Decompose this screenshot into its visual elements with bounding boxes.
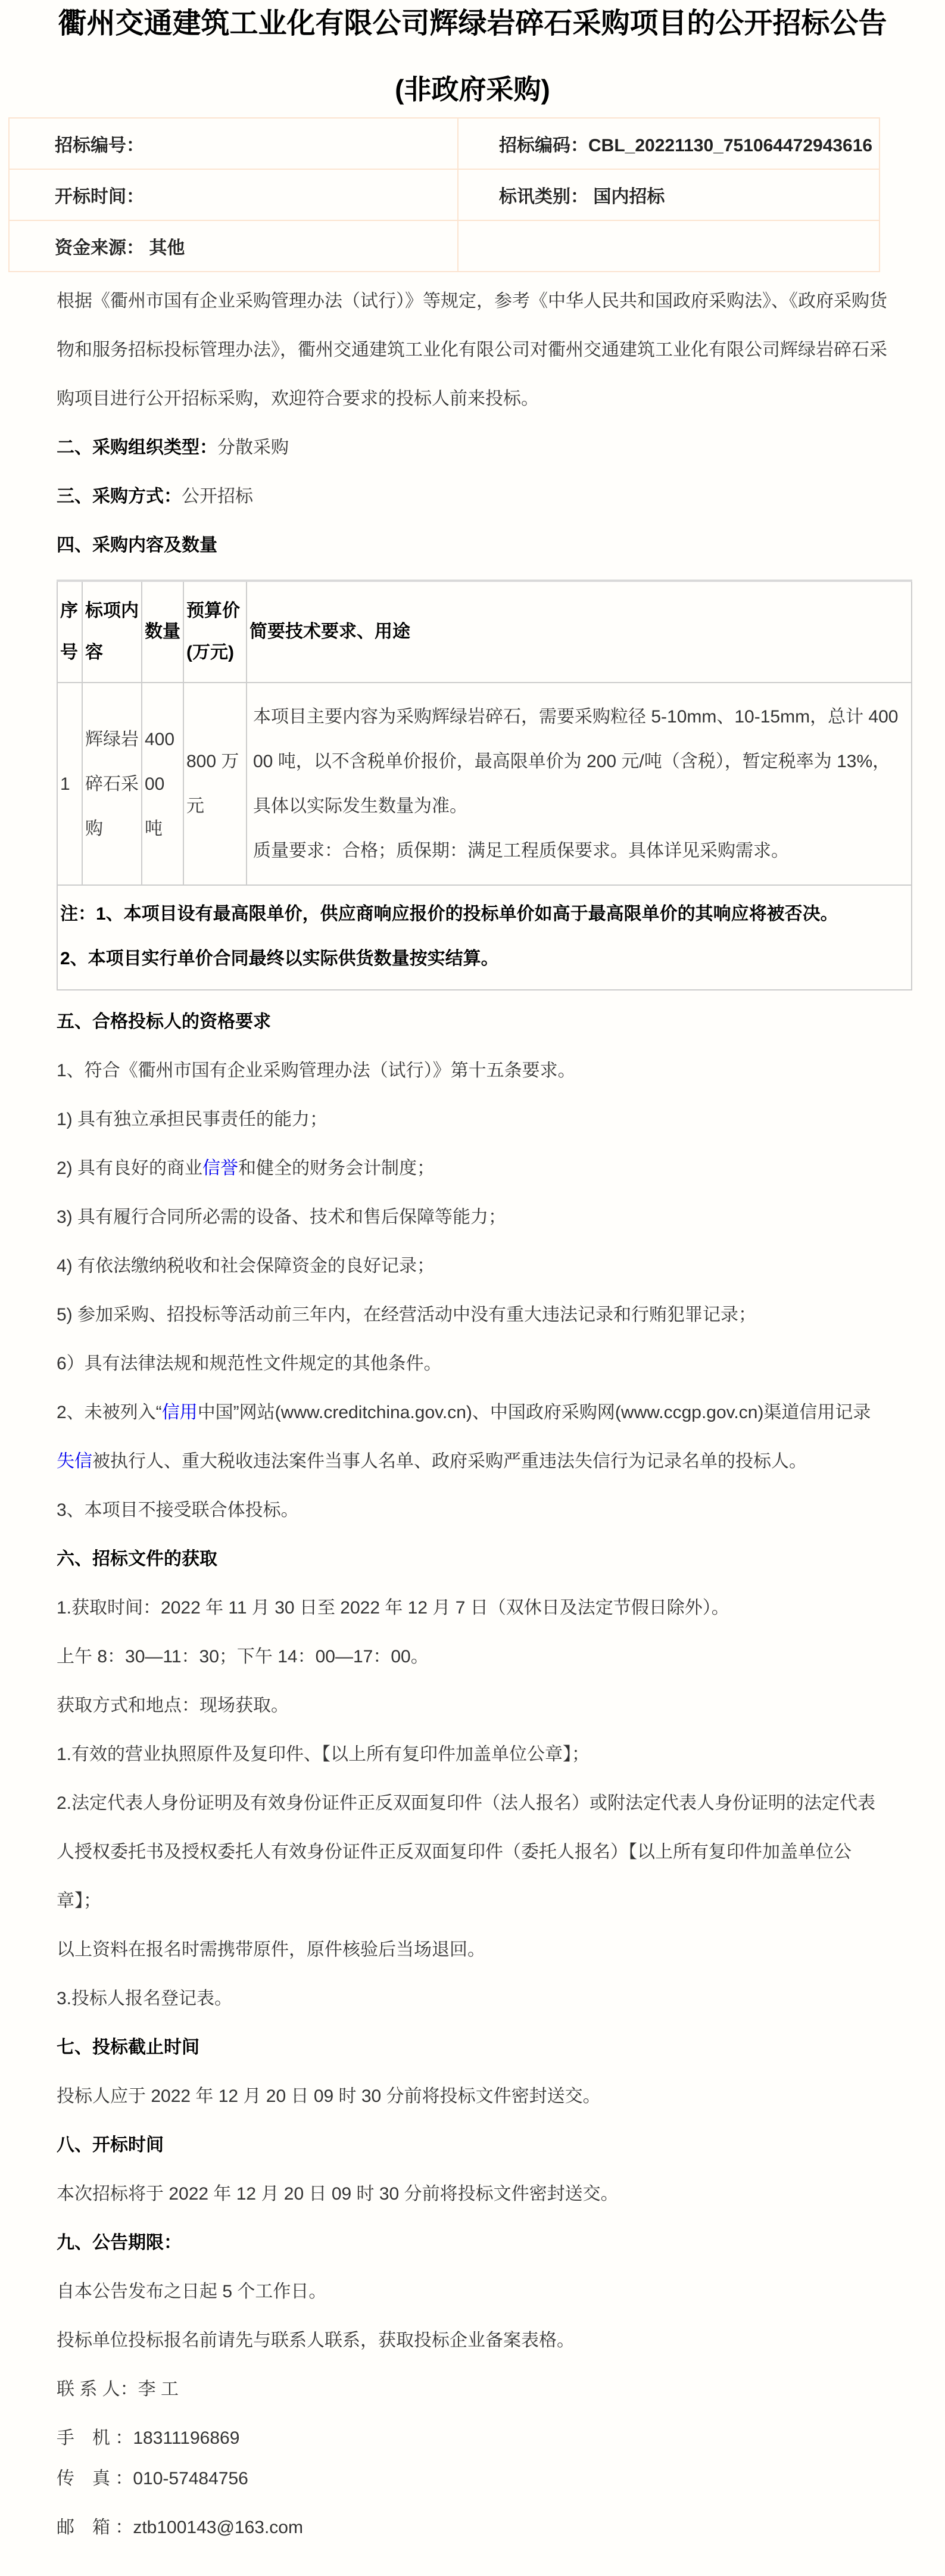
section-9-p1: 自本公告发布之日起 5 个工作日。 bbox=[57, 2267, 888, 2316]
section-8-p1: 本次招标将于 2022 年 12 月 20 日 09 时 30 分前将投标文件密… bbox=[57, 2170, 888, 2219]
note-cell: 注：1、本项目设有最高限单价，供应商响应报价的投标单价如高于最高限单价的其响应将… bbox=[57, 885, 912, 990]
funding-source-value: 资金来源： 其他 bbox=[9, 220, 458, 272]
section-6-p5: 2.法定代表人身份证明及有效身份证件正反双面复印件（法人报名）或附法定代表人身份… bbox=[57, 1779, 888, 1926]
item-2-text-post: 被执行人、重大税收违法案件当事人名单、政府采购严重违法失信行为记录名单的投标人。 bbox=[92, 1451, 807, 1471]
section-2-value: 分散采购 bbox=[217, 438, 289, 457]
credit-reputation-link[interactable]: 信誉 bbox=[202, 1158, 238, 1178]
col-header-budget: 预算价(万元) bbox=[183, 581, 247, 683]
col-header-quantity: 数量 bbox=[142, 581, 183, 683]
tender-number-label: 招标编号： bbox=[9, 118, 458, 169]
section-3-heading: 三、采购方式：公开招标 bbox=[57, 472, 888, 521]
section-7-p1: 投标人应于 2022 年 12 月 20 日 09 时 30 分前将投标文件密封… bbox=[57, 2072, 888, 2121]
section-4-heading: 四、采购内容及数量 bbox=[57, 521, 888, 570]
bid-opening-time-label: 开标时间： bbox=[9, 169, 458, 220]
section-5-sub-1: 1) 具有独立承担民事责任的能力； bbox=[57, 1095, 888, 1144]
section-5-sub-2: 2) 具有良好的商业信誉和健全的财务会计制度； bbox=[57, 1144, 888, 1193]
section-5-sub-6: 6）具有法律法规和规范性文件规定的其他条件。 bbox=[57, 1340, 888, 1388]
section-8-heading: 八、开标时间 bbox=[57, 2121, 888, 2170]
sub-2-text-post: 和健全的财务会计制度； bbox=[238, 1158, 435, 1178]
section-5-item-2: 2、未被列入“信用中国”网站(www.creditchina.gov.cn)、中… bbox=[57, 1388, 888, 1486]
contact-person: 联 系 人：李 工 bbox=[57, 2365, 888, 2414]
page-subtitle: (非政府采购) bbox=[0, 40, 945, 105]
procurement-table-header-row: 序号 标项内容 数量 预算价(万元) 简要技术要求、用途 bbox=[57, 581, 912, 683]
cell-seq-no: 1 bbox=[57, 683, 82, 885]
procurement-table-data-row: 1 辉绿岩碎石采购 40000吨 800 万元 本项目主要内容为采购辉绿岩碎石，… bbox=[57, 683, 912, 885]
col-header-seq-no: 序号 bbox=[57, 581, 82, 683]
section-5-heading: 五、合格投标人的资格要求 bbox=[57, 998, 888, 1046]
section-6-p3: 获取方式和地点：现场获取。 bbox=[57, 1681, 888, 1730]
item-2-text-mid: 中国”网站(www.creditchina.gov.cn)、中国政府采购网(ww… bbox=[198, 1403, 871, 1422]
empty-cell bbox=[458, 220, 879, 272]
info-row-2: 开标时间： 标讯类别： 国内招标 bbox=[9, 169, 879, 220]
section-6-p1: 1.获取时间：2022 年 11 月 30 日至 2022 年 12 月 7 日… bbox=[57, 1584, 888, 1633]
section-7-heading: 七、投标截止时间 bbox=[57, 2023, 888, 2072]
cell-requirements: 本项目主要内容为采购辉绿岩碎石，需要采购粒径 5-10mm、10-15mm，总计… bbox=[247, 683, 912, 885]
contact-email: 邮 箱 ：ztb100143@163.com bbox=[57, 2503, 888, 2552]
section-3-label: 三、采购方式： bbox=[57, 487, 182, 506]
procurement-content-table: 序号 标项内容 数量 预算价(万元) 简要技术要求、用途 1 辉绿岩碎石采购 4… bbox=[57, 580, 912, 990]
item-2-text-pre: 2、未被列入“ bbox=[57, 1403, 162, 1422]
section-9-heading: 九、公告期限： bbox=[57, 2219, 888, 2267]
section-5-sub-4: 4) 有依法缴纳税收和社会保障资金的良好记录； bbox=[57, 1242, 888, 1291]
tender-info-table: 招标编号： 招标编码：CBL_20221130_751064472943616 … bbox=[8, 117, 880, 272]
section-6-p7: 3.投标人报名登记表。 bbox=[57, 1974, 888, 2023]
info-row-1: 招标编号： 招标编码：CBL_20221130_751064472943616 bbox=[9, 118, 879, 169]
tender-announcement-page: 衢州交通建筑工业化有限公司辉绿岩碎石采购项目的公开招标公告 (非政府采购) 招标… bbox=[0, 0, 945, 2576]
section-5-sub-3: 3) 具有履行合同所必需的设备、技术和售后保障等能力； bbox=[57, 1193, 888, 1242]
sub-2-text-pre: 2) 具有良好的商业 bbox=[57, 1158, 202, 1178]
dishonest-list-link[interactable]: 失信 bbox=[57, 1451, 92, 1471]
section-6-heading: 六、招标文件的获取 bbox=[57, 1535, 888, 1584]
cell-item: 辉绿岩碎石采购 bbox=[82, 683, 142, 885]
section-5-sub-5: 5) 参加采购、招投标等活动前三年内，在经营活动中没有重大违法记录和行贿犯罪记录… bbox=[57, 1291, 888, 1340]
section-3-value: 公开招标 bbox=[182, 487, 253, 506]
note-line-2: 2、本项目实行单价合同最终以实际供货数量按实结算。 bbox=[60, 936, 909, 981]
cell-budget: 800 万元 bbox=[183, 683, 247, 885]
cell-quantity: 40000吨 bbox=[142, 683, 183, 885]
credit-china-link[interactable]: 信用 bbox=[162, 1403, 198, 1422]
section-6-p6: 以上资料在报名时需携带原件，原件核验后当场退回。 bbox=[57, 1926, 888, 1974]
col-header-item: 标项内容 bbox=[82, 581, 142, 683]
page-title: 衢州交通建筑工业化有限公司辉绿岩碎石采购项目的公开招标公告 bbox=[0, 0, 945, 40]
section-2-label: 二、采购组织类型： bbox=[57, 438, 217, 457]
section-9-p2: 投标单位投标报名前请先与联系人联系，获取投标企业备案表格。 bbox=[57, 2316, 888, 2365]
tender-code-value: 招标编码：CBL_20221130_751064472943616 bbox=[458, 118, 879, 169]
section-6-p2: 上午 8：30—11：30；下午 14：00—17：00。 bbox=[57, 1633, 888, 1681]
intro-paragraph: 根据《衢州市国有企业采购管理办法（试行）》等规定，参考《中华人民共和国政府采购法… bbox=[57, 277, 888, 423]
tender-category-value: 标讯类别： 国内招标 bbox=[458, 169, 879, 220]
contact-fax: 传 真 ：010-57484756 bbox=[57, 2454, 888, 2503]
section-5-item-3: 3、本项目不接受联合体投标。 bbox=[57, 1486, 888, 1535]
section-5-item-1: 1、符合《衢州市国有企业采购管理办法（试行）》第十五条要求。 bbox=[57, 1046, 888, 1095]
announcement-body: 根据《衢州市国有企业采购管理办法（试行）》等规定，参考《中华人民共和国政府采购法… bbox=[57, 277, 888, 2552]
section-2-heading: 二、采购组织类型：分散采购 bbox=[57, 423, 888, 472]
section-6-p4: 1.有效的营业执照原件及复印件、【以上所有复印件加盖单位公章】； bbox=[57, 1730, 888, 1779]
procurement-table-note-row: 注：1、本项目设有最高限单价，供应商响应报价的投标单价如高于最高限单价的其响应将… bbox=[57, 885, 912, 990]
requirements-paragraph-2: 质量要求：合格；质保期：满足工程质保要求。具体详见采购需求。 bbox=[253, 828, 906, 873]
note-line-1: 注：1、本项目设有最高限单价，供应商响应报价的投标单价如高于最高限单价的其响应将… bbox=[60, 892, 909, 936]
col-header-requirements: 简要技术要求、用途 bbox=[247, 581, 912, 683]
requirements-paragraph-1: 本项目主要内容为采购辉绿岩碎石，需要采购粒径 5-10mm、10-15mm，总计… bbox=[253, 694, 906, 828]
info-row-3: 资金来源： 其他 bbox=[9, 220, 879, 272]
